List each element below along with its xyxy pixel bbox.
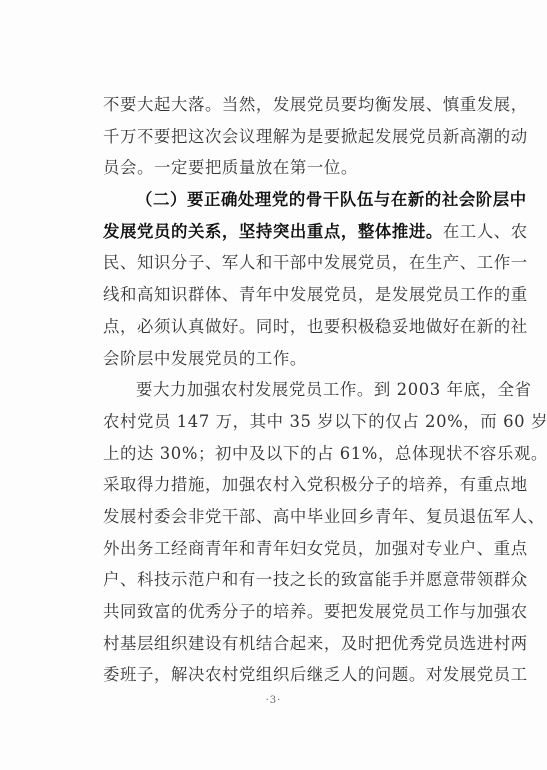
line-text: 发展村委会非党干部、高中毕业回乡青年、复员退伍军人、 — [103, 507, 545, 526]
text-line: 采取得力措施，加强农村入党积极分子的培养，有重点地 — [103, 469, 463, 501]
line-text: 千万不要把这次会议理解为是要掀起发展党员新高潮的动 — [103, 127, 528, 146]
page-number: ·3· — [0, 695, 547, 706]
line-text: 采取得力措施，加强农村入党积极分子的培养，有重点地 — [103, 475, 528, 494]
section-heading-text: （二）要正确处理党的骨干队伍与在新的社会阶层中 — [136, 190, 527, 209]
line-text: 农村党员 147 万，其中 35 岁以下的仅占 20%，而 60 岁以 — [103, 412, 547, 431]
text-line: 村基层组织建设有机结合起来，及时把优秀党员选进村两 — [103, 628, 463, 660]
text-line: 外出务工经商青年和青年妇女党员，加强对专业户、重点 — [103, 533, 463, 565]
text-line: 户、科技示范户和有一技之长的致富能手并愿意带领群众 — [103, 564, 463, 596]
text-line: 不要大起大落。当然，发展党员要均衡发展、慎重发展， — [103, 89, 463, 121]
text-line: 千万不要把这次会议理解为是要掀起发展党员新高潮的动 — [103, 121, 463, 153]
paragraph-start-line: 要大力加强农村发展党员工作。到 2003 年底，全省 — [103, 374, 463, 406]
text-line: 员会。一定要把质量放在第一位。 — [103, 152, 463, 184]
text-line: 点，必须认真做好。同时，也要积极稳妥地做好在新的社 — [103, 311, 463, 343]
line-text: 户、科技示范户和有一技之长的致富能手并愿意带领群众 — [103, 570, 528, 589]
line-text: 在工人、农 — [443, 222, 528, 241]
line-text: 委班子，解决农村党组织后继乏人的问题。对发展党员工 — [103, 665, 528, 684]
line-text: 民、知识分子、军人和干部中发展党员，在生产、工作一 — [103, 253, 528, 272]
text-line: 民、知识分子、军人和干部中发展党员，在生产、工作一 — [103, 247, 463, 279]
line-text: 要大力加强农村发展党员工作。到 2003 年底，全省 — [136, 380, 532, 399]
line-text: 外出务工经商青年和青年妇女党员，加强对专业户、重点 — [103, 539, 528, 558]
line-text: 点，必须认真做好。同时，也要积极稳妥地做好在新的社 — [103, 317, 528, 336]
section-heading-line: （二）要正确处理党的骨干队伍与在新的社会阶层中 — [103, 184, 463, 216]
text-line: 发展村委会非党干部、高中毕业回乡青年、复员退伍军人、 — [103, 501, 463, 533]
line-text: 村基层组织建设有机结合起来，及时把优秀党员选进村两 — [103, 634, 528, 653]
text-line: 委班子，解决农村党组织后继乏人的问题。对发展党员工 — [103, 659, 463, 691]
line-text: 上的达 30%；初中及以下的占 61%，总体现状不容乐观。要 — [103, 444, 547, 463]
document-page: 不要大起大落。当然，发展党员要均衡发展、慎重发展， 千万不要把这次会议理解为是要… — [0, 0, 547, 770]
body-text: 不要大起大落。当然，发展党员要均衡发展、慎重发展， 千万不要把这次会议理解为是要… — [103, 89, 463, 691]
line-text: 会阶层中发展党员的工作。 — [103, 349, 307, 368]
text-line: 会阶层中发展党员的工作。 — [103, 343, 463, 375]
text-line: 发展党员的关系，坚持突出重点，整体推进。在工人、农 — [103, 216, 463, 248]
line-text: 不要大起大落。当然，发展党员要均衡发展、慎重发展， — [103, 95, 528, 114]
line-text: 共同致富的优秀分子的培养。要把发展党员工作与加强农 — [103, 602, 528, 621]
text-line: 上的达 30%；初中及以下的占 61%，总体现状不容乐观。要 — [103, 438, 463, 470]
text-line: 农村党员 147 万，其中 35 岁以下的仅占 20%，而 60 岁以 — [103, 406, 463, 438]
text-line: 共同致富的优秀分子的培养。要把发展党员工作与加强农 — [103, 596, 463, 628]
line-text: 线和高知识群体、青年中发展党员，是发展党员工作的重 — [103, 285, 528, 304]
text-line: 线和高知识群体、青年中发展党员，是发展党员工作的重 — [103, 279, 463, 311]
line-text: 员会。一定要把质量放在第一位。 — [103, 158, 358, 177]
section-heading-text: 发展党员的关系，坚持突出重点，整体推进。 — [103, 222, 443, 241]
